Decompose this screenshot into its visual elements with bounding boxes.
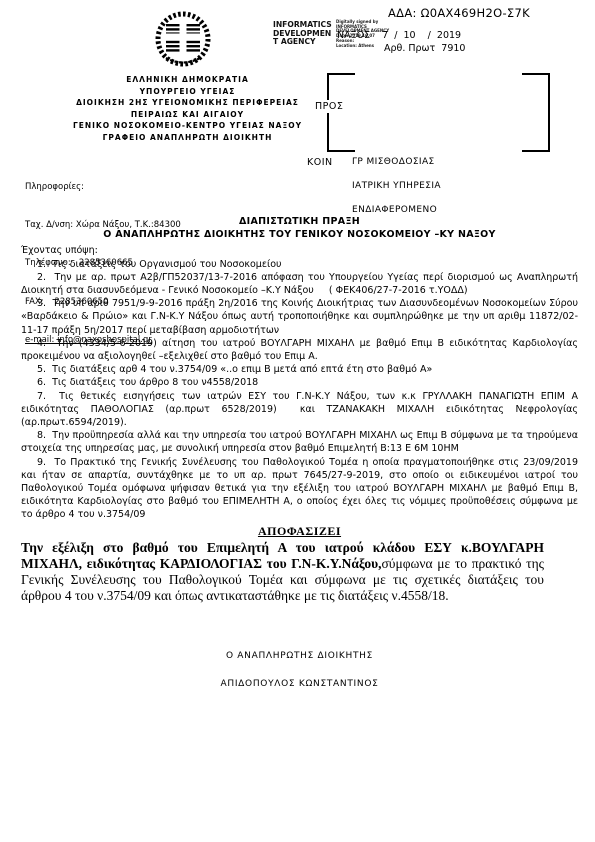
- place-and-date: ΝΑΞΟΣ 7 / 10 / 2019: [337, 30, 461, 41]
- koin-recipient: ΕΝΔΙΑΦΕΡΟΜΕΝΟ: [352, 205, 441, 215]
- signer-name: ΑΠΙΔΟΠΟΥΛΟΣ ΚΩΝΣΤΑΝΤΙΝΟΣ: [21, 678, 578, 691]
- pros-label: ΠΡΟΣ: [313, 100, 345, 113]
- considerations-intro: Έχοντας υπόψη:: [21, 244, 578, 257]
- ada-code: ΑΔΑ: Ω0ΑΧ469Η2Ο-Σ7Κ: [388, 6, 530, 20]
- greek-coat-of-arms-icon: [152, 10, 214, 72]
- decision-paragraph: Την εξέλιξη στο βαθμό του Επιμελητή Α το…: [21, 540, 544, 604]
- list-item: 1. Τις διατάξεις του Οργανισμού του Νοσο…: [21, 258, 578, 271]
- recipient-box: ΠΡΟΣ: [327, 73, 550, 152]
- koin-recipient: ΓΡ ΜΙΣΘΟΔΟΣΙΑΣ: [352, 157, 441, 167]
- decision-heading: ΑΠΟΦΑΣΙΖΕΙ: [21, 525, 578, 538]
- letterhead-line: ΠΕΙΡΑΙΩΣ ΚΑΙ ΑΙΓΑΙΟΥ: [15, 109, 360, 121]
- letterhead-line: ΓΕΝΙΚΟ ΝΟΣΟΚΟΜΕΙΟ-ΚΕΝΤΡΟ ΥΓΕΙΑΣ ΝΑΞΟΥ: [15, 120, 360, 132]
- list-item: 8. Την προϋπηρεσία αλλά και την υπηρεσία…: [21, 429, 578, 455]
- signer-role: Ο ΑΝΑΠΛΗΡΩΤΗΣ ΔΙΟΙΚΗΤΗΣ: [21, 650, 578, 663]
- document-page: ΑΔΑ: Ω0ΑΧ469Η2Ο-Σ7Κ INFORMATICSDEVELOPME…: [0, 0, 595, 842]
- box-corner-top-left: [329, 73, 355, 75]
- list-item: 5. Τις διατάξεις αρθ 4 του ν.3754/09 «..…: [21, 363, 578, 376]
- box-corner-top-right: [522, 73, 548, 75]
- letterhead-line: ΔΙΟΙΚΗΣΗ 2ΗΣ ΥΓΕΙΟΝΟΜΙΚΗΣ ΠΕΡΙΦΕΡΕΙΑΣ: [15, 97, 360, 109]
- koin-label: ΚΟΙΝ: [307, 157, 333, 168]
- list-item: 9. Το Πρακτικό της Γενικής Συνέλευσης το…: [21, 456, 578, 522]
- letterhead: ΕΛΛΗΝΙΚΗ ΔΗΜΟΚΡΑΤΙΑΥΠΟΥΡΓΕΙΟ ΥΓΕΙΑΣΔΙΟΙΚ…: [15, 74, 360, 144]
- box-corner-bottom-left: [329, 150, 355, 152]
- letterhead-line: ΓΡΑΦΕΙΟ ΑΝΑΠΛΗΡΩΤΗ ΔΙΟΙΚΗΤΗ: [15, 132, 360, 144]
- digital-signature-stamp: INFORMATICSDEVELOPMENT AGENCY: [273, 21, 337, 47]
- signature-block: Ο ΑΝΑΠΛΗΡΩΤΗΣ ΔΙΟΙΚΗΤΗΣ ΑΠΙΔΟΠΟΥΛΟΣ ΚΩΝΣ…: [21, 650, 578, 691]
- letterhead-line: ΕΛΛΗΝΙΚΗ ΔΗΜΟΚΡΑΤΙΑ: [15, 74, 360, 86]
- list-item: 3. Την υπ αριθ 7951/9-9-2016 πράξη 2η/20…: [21, 297, 578, 337]
- document-subtitle: Ο ΑΝΑΠΛΗΡΩΤΗΣ ΔΙΟΙΚΗΤΗΣ ΤΟΥ ΓΕΝΙΚΟΥ ΝΟΣΟ…: [21, 228, 578, 241]
- document-title: ΔΙΑΠΙΣΤΩΤΙΚΗ ΠΡΑΞΗ: [21, 215, 578, 228]
- list-item: 7. Τις θετικές εισηγήσεις των ιατρών ΕΣΥ…: [21, 390, 578, 430]
- contact-info-label: Πληροφορίες:: [25, 181, 181, 194]
- koin-recipient: ΙΑΤΡΙΚΗ ΥΠΗΡΕΣΙΑ: [352, 181, 441, 191]
- document-body: ΔΙΑΠΙΣΤΩΤΙΚΗ ΠΡΑΞΗ Ο ΑΝΑΠΛΗΡΩΤΗΣ ΔΙΟΙΚΗΤ…: [21, 215, 578, 691]
- list-item: 2. Την με αρ. πρωτ Α2β/ΓΠ52037/13-7-2016…: [21, 271, 578, 297]
- letterhead-line: ΥΠΟΥΡΓΕΙΟ ΥΓΕΙΑΣ: [15, 86, 360, 98]
- box-corner-bottom-right: [522, 150, 548, 152]
- protocol-number: Αρθ. Πρωτ 7910: [384, 43, 465, 54]
- stamp-detail-line: Location: Athens: [336, 44, 390, 49]
- list-item: 6. Τις διατάξεις του άρθρο 8 του ν4558/2…: [21, 376, 578, 389]
- considerations-list: 1. Τις διατάξεις του Οργανισμού του Νοσο…: [21, 258, 578, 522]
- stamp-agency-line: T AGENCY: [273, 38, 337, 47]
- list-item: 4. Την (4334/5-6-2019) αίτηση του ιατρού…: [21, 337, 578, 363]
